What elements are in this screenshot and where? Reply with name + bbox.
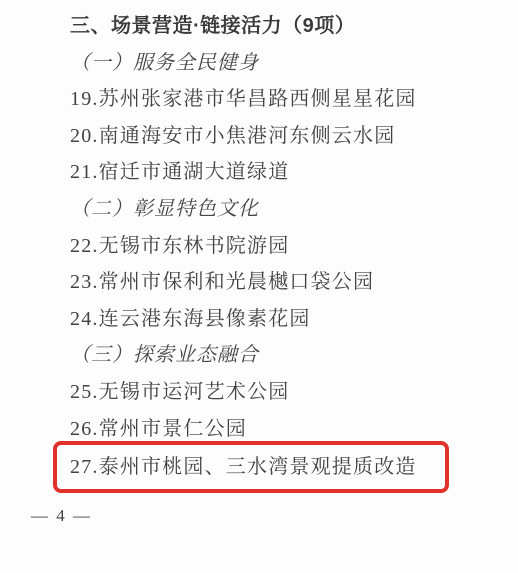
subsection-title-3: （三）探索业态融合 — [70, 337, 498, 374]
project-item-25: 25.无锡市运河艺术公园 — [70, 374, 498, 411]
document-page: 三、场景营造·链接活力（9项） （一）服务全民健身 19.苏州张家港市华昌路西侧… — [0, 0, 518, 573]
project-item-19: 19.苏州张家港市华昌路西侧星星花园 — [70, 81, 498, 118]
project-item-21: 21.宿迁市通湖大道绿道 — [70, 154, 498, 191]
project-item-23: 23.常州市保利和光晨樾口袋公园 — [70, 264, 498, 301]
project-item-20: 20.南通海安市小焦港河东侧云水园 — [70, 118, 498, 155]
project-item-24: 24.连云港东海县像素花园 — [70, 301, 498, 338]
subsection-title-2: （二）彰显特色文化 — [70, 191, 498, 228]
page-number: — 4 — — [31, 506, 92, 526]
project-item-22: 22.无锡市东林书院游园 — [70, 228, 498, 265]
section-heading: 三、场景营造·链接活力（9项） — [70, 8, 498, 45]
project-item-27: 27.泰州市桃园、三水湾景观提质改造 — [70, 456, 417, 478]
subsection-title-1: （一）服务全民健身 — [70, 45, 498, 82]
highlighted-item-row: 27.泰州市桃园、三水湾景观提质改造 — [70, 441, 498, 493]
highlight-box: 27.泰州市桃园、三水湾景观提质改造 — [53, 441, 449, 493]
